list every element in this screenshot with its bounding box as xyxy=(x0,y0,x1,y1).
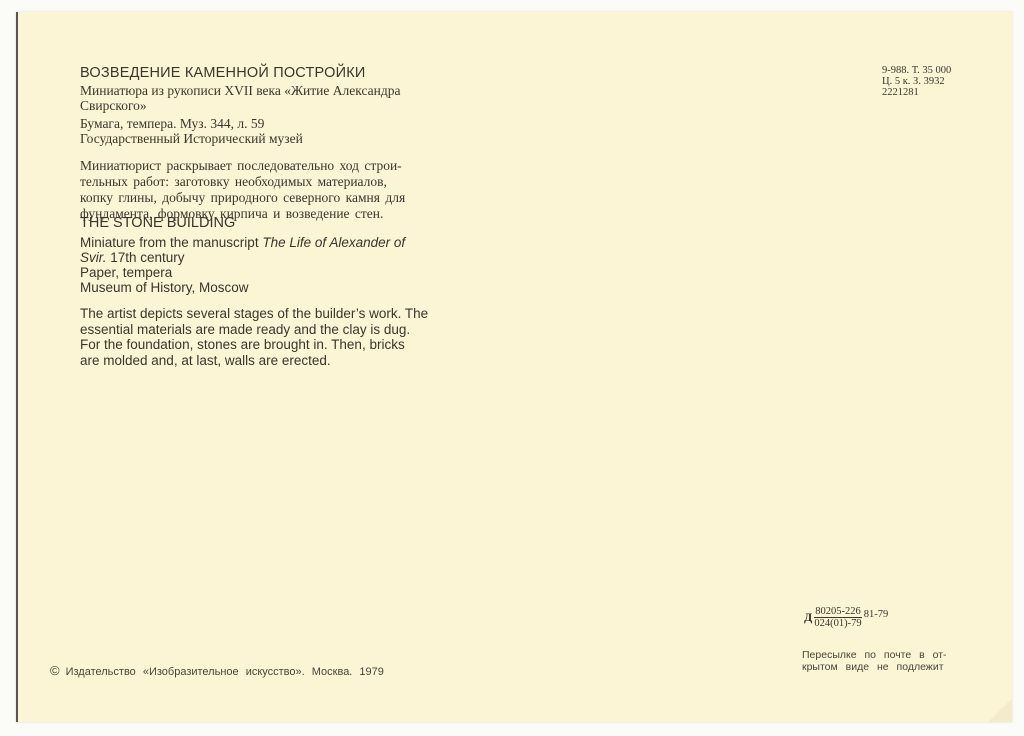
index-letter: Д xyxy=(804,610,812,625)
print-codes: 9-988. Т. 35 000 Ц. 5 к. З. 3932 2221281 xyxy=(882,65,951,98)
meta-text: 17th century xyxy=(107,250,185,265)
meta-line: Бумага, темпера. Муз. 344, л. 59 xyxy=(80,116,460,131)
description-english: The artist depicts several stages of the… xyxy=(80,306,460,368)
description-line: копку глины, добычу природного северного… xyxy=(80,190,460,206)
meta-line: Миниатюра из рукописи XVII века «Житие А… xyxy=(80,83,460,98)
description-line: тельных работ: заготовку необходимых мат… xyxy=(80,174,460,190)
meta-line: Svir. 17th century xyxy=(80,250,460,265)
meta-line: Свирского» xyxy=(80,98,460,113)
manuscript-title: The Life of Alexander of xyxy=(262,235,405,250)
description-line: Миниатюрист раскрывает последовательно х… xyxy=(80,158,460,174)
artwork-info-russian: Миниатюра из рукописи XVII века «Житие А… xyxy=(80,83,460,146)
index-fraction: 80205-226 024(01)-79 xyxy=(814,606,862,629)
index-suffix: 81-79 xyxy=(864,609,889,620)
index-denominator: 024(01)-79 xyxy=(814,618,861,629)
index-numerator: 80205-226 xyxy=(814,606,862,618)
description-line: The artist depicts several stages of the… xyxy=(80,306,460,322)
print-code-line: 2221281 xyxy=(882,87,951,98)
meta-line: Государственный Исторический музей xyxy=(80,131,460,146)
description-line: For the foundation, stones are brought i… xyxy=(80,337,460,353)
description-line: essential materials are made ready and t… xyxy=(80,322,460,338)
artwork-info-english: Miniature from the manuscript The Life o… xyxy=(80,235,460,295)
postcard-back: ВОЗВЕДЕНИЕ КАМЕННОЙ ПОСТРОЙКИ Миниатюра … xyxy=(16,12,1012,722)
print-code-line: 9-988. Т. 35 000 xyxy=(882,65,951,76)
mail-notice-line: Пересылке по почте в от- xyxy=(802,649,947,661)
description-russian: Миниатюрист раскрывает последовательно х… xyxy=(80,158,460,222)
meta-line: Museum of History, Moscow xyxy=(80,280,460,295)
meta-line: Miniature from the manuscript The Life o… xyxy=(80,235,460,250)
publisher-footer: ©Издательство «Изобразительное искусство… xyxy=(50,663,384,678)
title-russian: ВОЗВЕДЕНИЕ КАМЕННОЙ ПОСТРОЙКИ xyxy=(80,65,460,81)
publisher-text: Издательство «Изобразительное искусство»… xyxy=(66,666,384,678)
print-code-line: Ц. 5 к. З. 3932 xyxy=(882,76,951,87)
mail-notice: Пересылке по почте в от- крытом виде не … xyxy=(802,649,947,673)
mail-notice-line: крытом виде не подлежит xyxy=(802,661,947,673)
meta-line: Paper, tempera xyxy=(80,265,460,280)
catalog-index: Д 80205-226 024(01)-79 81-79 xyxy=(804,606,888,629)
manuscript-title: Svir. xyxy=(80,250,107,265)
copyright-icon: © xyxy=(50,663,60,678)
description-line: are molded and, at last, walls are erect… xyxy=(80,353,460,369)
title-english: THE STONE BUILDING xyxy=(80,215,460,231)
meta-text: Miniature from the manuscript xyxy=(80,235,262,250)
